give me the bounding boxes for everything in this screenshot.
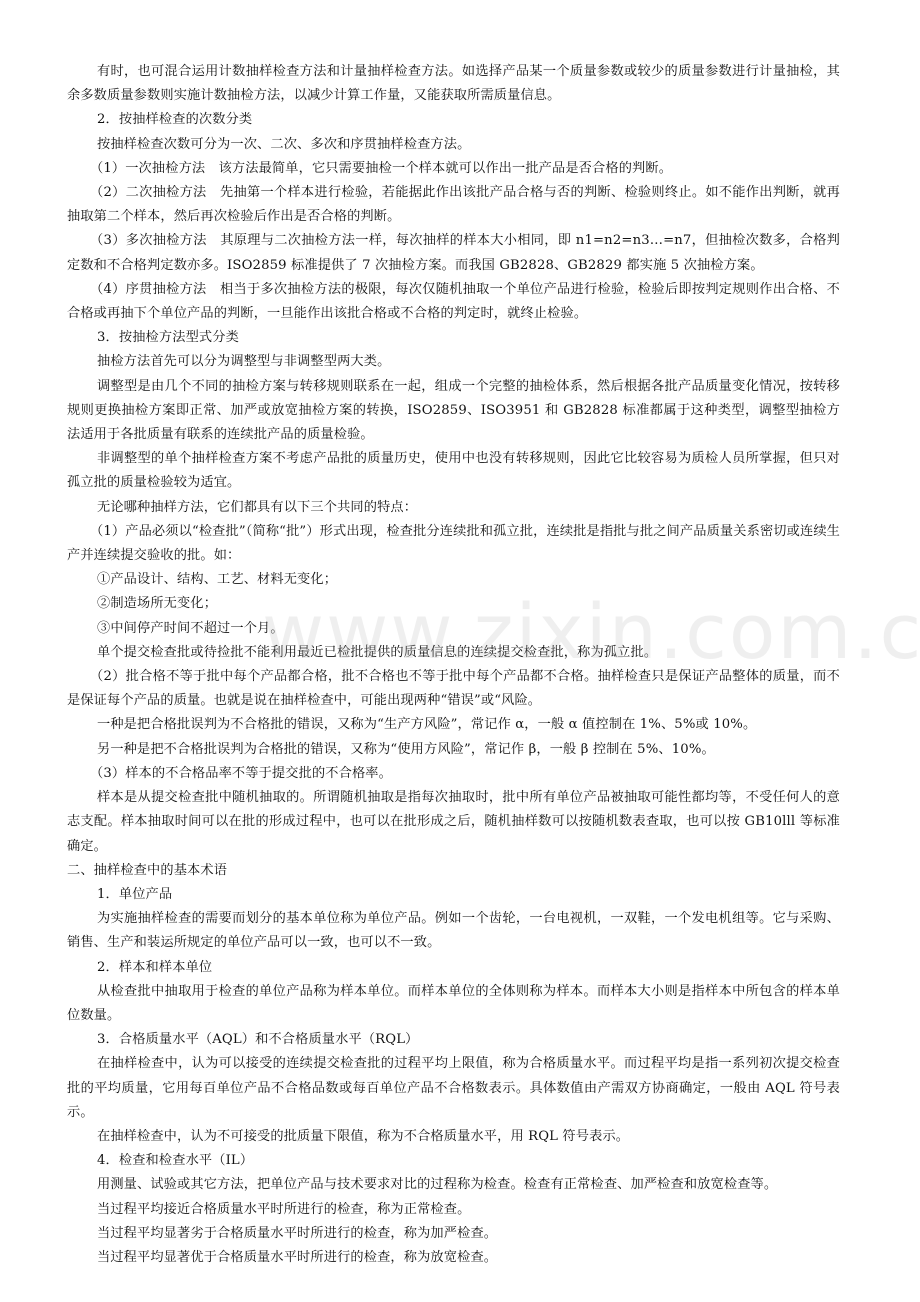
list-item-design-unchanged: ①产品设计、结构、工艺、材料无变化； [67, 568, 840, 592]
list-item-downtime-limit: ③中间停产时间不超过一个月。 [67, 617, 840, 641]
paragraph-sample-unit: 从检查批中抽取用于检查的单位产品称为样本单位。而样本单位的全体则称为样本。而样本… [67, 980, 840, 1028]
paragraph-consumer-risk: 另一种是把不合格批误判为合格批的错误，又称为“使用方风险”，常记作 β，一般 β… [67, 738, 840, 762]
paragraph-sequential-sampling: （4）序贯抽检方法 相当于多次抽检方法的极限，每次仅随机抽取一个单位产品进行检验… [67, 278, 840, 326]
paragraph-feature-lot-acceptance: （2）批合格不等于批中每个产品都合格，批不合格也不等于批中每个产品都不合格。抽样… [67, 665, 840, 713]
paragraph-feature-inspection-lot: （1）产品必须以“检查批”（简称“批”）形式出现，检查批分连续批和孤立批，连续批… [67, 520, 840, 568]
paragraph-single-sampling: （1）一次抽检方法 该方法最简单，它只需要抽检一个样本就可以作出一批产品是否合格… [67, 157, 840, 181]
heading-unit-product: 1．单位产品 [67, 883, 840, 907]
heading-aql-rql: 3．合格质量水平（AQL）和不合格质量水平（RQL） [67, 1028, 840, 1052]
heading-by-sampling-count: 2．按抽样检查的次数分类 [67, 108, 840, 132]
paragraph-sampling-count-intro: 按抽样检查次数可分为一次、二次、多次和序贯抽样检查方法。 [67, 133, 840, 157]
paragraph-non-adjusted-type: 非调整型的单个抽样检查方案不考虑产品批的质量历史，使用中也没有转移规则，因此它比… [67, 447, 840, 495]
paragraph-mixed-methods: 有时，也可混合运用计数抽样检查方法和计量抽样检查方法。如选择产品某一个质量参数或… [67, 60, 840, 108]
paragraph-inspection-definition: 用测量、试验或其它方法，把单位产品与技术要求对比的过程称为检查。检查有正常检查、… [67, 1173, 840, 1197]
paragraph-common-features-intro: 无论哪种抽样方法，它们都具有以下三个共同的特点： [67, 496, 840, 520]
list-item-site-unchanged: ②制造场所无变化； [67, 592, 840, 616]
paragraph-reduced-inspection: 当过程平均显著优于合格质量水平时所进行的检查，称为放宽检查。 [67, 1246, 840, 1270]
paragraph-producer-risk: 一种是把合格批误判为不合格批的错误，又称为“生产方风险”，常记作 α，一般 α … [67, 713, 840, 737]
heading-inspection-level: 4．检查和检查水平（IL） [67, 1149, 840, 1173]
paragraph-tightened-inspection: 当过程平均显著劣于合格质量水平时所进行的检查，称为加严检查。 [67, 1222, 840, 1246]
paragraph-normal-inspection: 当过程平均接近合格质量水平时所进行的检查，称为正常检查。 [67, 1198, 840, 1222]
paragraph-isolated-lot: 单个提交检查批或待捡批不能利用最近已检批提供的质量信息的连续提交检查批，称为孤立… [67, 641, 840, 665]
heading-by-method-type: 3．按抽检方法型式分类 [67, 326, 840, 350]
paragraph-method-type-intro: 抽检方法首先可以分为调整型与非调整型两大类。 [67, 350, 840, 374]
paragraph-random-sampling: 样本是从提交检查批中随机抽取的。所谓随机抽取是指每次抽取时，批中所有单位产品被抽… [67, 786, 840, 859]
paragraph-double-sampling: （2）二次抽检方法 先抽第一个样本进行检验，若能据此作出该批产品合格与否的判断、… [67, 181, 840, 229]
paragraph-unit-product: 为实施抽样检查的需要而划分的基本单位称为单位产品。例如一个齿轮，一台电视机，一双… [67, 907, 840, 955]
section-heading-basic-terms: 二、抽样检查中的基本术语 [67, 859, 840, 883]
paragraph-multiple-sampling: （3）多次抽检方法 其原理与二次抽检方法一样，每次抽样的样本大小相同，即 n1=… [67, 229, 840, 277]
heading-sample-unit: 2．样本和样本单位 [67, 956, 840, 980]
paragraph-aql: 在抽样检查中，认为可以接受的连续提交检查批的过程平均上限值，称为合格质量水平。而… [67, 1052, 840, 1125]
paragraph-adjusted-type: 调整型是由几个不同的抽检方案与转移规则联系在一起，组成一个完整的抽检体系，然后根… [67, 375, 840, 448]
paragraph-rql: 在抽样检查中，认为不可接受的批质量下限值，称为不合格质量水平，用 RQL 符号表… [67, 1125, 840, 1149]
paragraph-feature-defect-rate: （3）样本的不合格品率不等于提交批的不合格率。 [67, 762, 840, 786]
document-page: 有时，也可混合运用计数抽样检查方法和计量抽样检查方法。如选择产品某一个质量参数或… [67, 60, 840, 1270]
